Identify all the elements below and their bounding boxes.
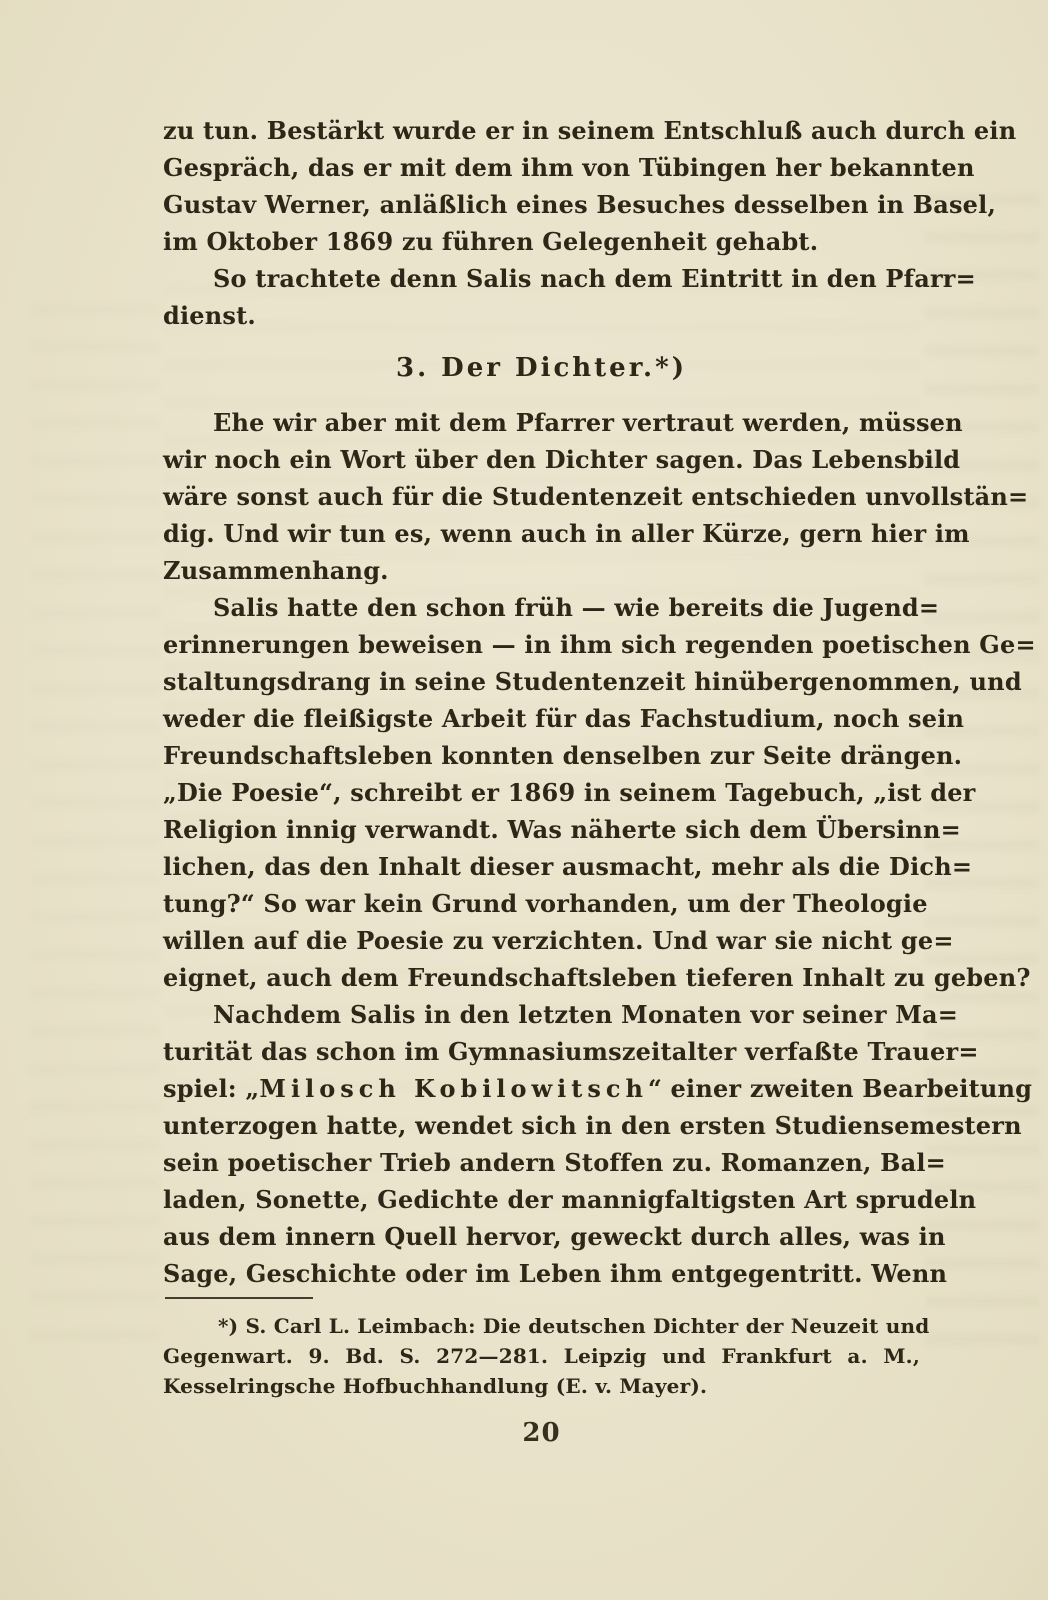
text-line: turität das schon im Gymnasiumszeitalter… bbox=[163, 1033, 920, 1070]
body-paragraphs-before-heading: zu tun. Bestärkt wurde er in seinem Ents… bbox=[163, 112, 920, 334]
text-line: *) S. Carl L. Leimbach: Die deutschen Di… bbox=[163, 1311, 920, 1341]
text-line: Religion innig verwandt. Was näherte sic… bbox=[163, 811, 920, 848]
text-line: wäre sonst auch für die Studentenzeit en… bbox=[163, 478, 920, 515]
text-line: Sage, Geschichte oder im Leben ihm entge… bbox=[163, 1255, 920, 1292]
text-line: Salis hatte den schon früh — wie bereits… bbox=[163, 589, 920, 626]
text-line: eignet, auch dem Freundschaftsleben tief… bbox=[163, 959, 920, 996]
text-line: Gustav Werner, anläßlich eines Besuches … bbox=[163, 186, 920, 223]
text-line: Kesselringsche Hofbuchhandlung (E. v. Ma… bbox=[163, 1371, 920, 1401]
body-paragraphs-after-heading: Ehe wir aber mit dem Pfarrer vertraut we… bbox=[163, 404, 920, 1292]
text-line: zu tun. Bestärkt wurde er in seinem Ents… bbox=[163, 112, 920, 149]
section-heading: 3. Der Dichter.*) bbox=[163, 350, 920, 387]
text-line: aus dem innern Quell hervor, geweckt dur… bbox=[163, 1218, 920, 1255]
text-line: Gegenwart. 9. Bd. S. 272—281. Leipzig un… bbox=[163, 1341, 920, 1371]
text-line: „Die Poesie“, schreibt er 1869 in seinem… bbox=[163, 774, 920, 811]
text-segment: “ einer zweiten Bearbeitung bbox=[648, 1074, 1032, 1103]
paragraph: Salis hatte den schon früh — wie bereits… bbox=[163, 589, 920, 996]
text-line: Gespräch, das er mit dem ihm von Tübinge… bbox=[163, 149, 920, 186]
text-line: sein poetischer Trieb andern Stoffen zu.… bbox=[163, 1144, 920, 1181]
footnote-separator-rule bbox=[165, 1297, 313, 1299]
text-line: spiel: „Milosch Kobilowitsch“ einer zwei… bbox=[163, 1070, 920, 1107]
text-line: willen auf die Poesie zu verzichten. Und… bbox=[163, 922, 920, 959]
text-line: wir noch ein Wort über den Dichter sagen… bbox=[163, 441, 920, 478]
text-segment: spiel: „ bbox=[163, 1074, 259, 1103]
footnote-lines: *) S. Carl L. Leimbach: Die deutschen Di… bbox=[163, 1311, 920, 1401]
text-line: tung?“ So war kein Grund vorhanden, um d… bbox=[163, 885, 920, 922]
footnote-block: *) S. Carl L. Leimbach: Die deutschen Di… bbox=[163, 1297, 920, 1401]
show-through-left-margin bbox=[30, 280, 160, 1360]
text-line: lichen, das den Inhalt dieser ausmacht, … bbox=[163, 848, 920, 885]
text-line: weder die fleißigste Arbeit für das Fach… bbox=[163, 700, 920, 737]
page-number: 20 bbox=[163, 1418, 920, 1448]
text-line: So trachtete denn Salis nach dem Eintrit… bbox=[163, 260, 920, 297]
text-line: im Oktober 1869 zu führen Gelegenheit ge… bbox=[163, 223, 920, 260]
text-line: erinnerungen beweisen — in ihm sich rege… bbox=[163, 626, 920, 663]
text-line: dienst. bbox=[163, 297, 920, 334]
book-page: zu tun. Bestärkt wurde er in seinem Ents… bbox=[0, 0, 1048, 1600]
paragraph: Ehe wir aber mit dem Pfarrer vertraut we… bbox=[163, 404, 920, 589]
paragraph: Nachdem Salis in den letzten Monaten vor… bbox=[163, 996, 920, 1292]
page-body: zu tun. Bestärkt wurde er in seinem Ents… bbox=[163, 112, 920, 1401]
text-line: Zusammenhang. bbox=[163, 552, 920, 589]
text-line: Freundschaftsleben konnten denselben zur… bbox=[163, 737, 920, 774]
text-line: Ehe wir aber mit dem Pfarrer vertraut we… bbox=[163, 404, 920, 441]
text-line: laden, Sonette, Gedichte der mannigfalti… bbox=[163, 1181, 920, 1218]
text-line: dig. Und wir tun es, wenn auch in aller … bbox=[163, 515, 920, 552]
text-line: unterzogen hatte, wendet sich in den ers… bbox=[163, 1107, 920, 1144]
text-line: staltungsdrang in seine Studentenzeit hi… bbox=[163, 663, 920, 700]
paragraph: zu tun. Bestärkt wurde er in seinem Ents… bbox=[163, 112, 920, 260]
paragraph: So trachtete denn Salis nach dem Eintrit… bbox=[163, 260, 920, 334]
letterspaced-title: Milosch Kobilowitsch bbox=[259, 1074, 648, 1103]
text-line: Nachdem Salis in den letzten Monaten vor… bbox=[163, 996, 920, 1033]
